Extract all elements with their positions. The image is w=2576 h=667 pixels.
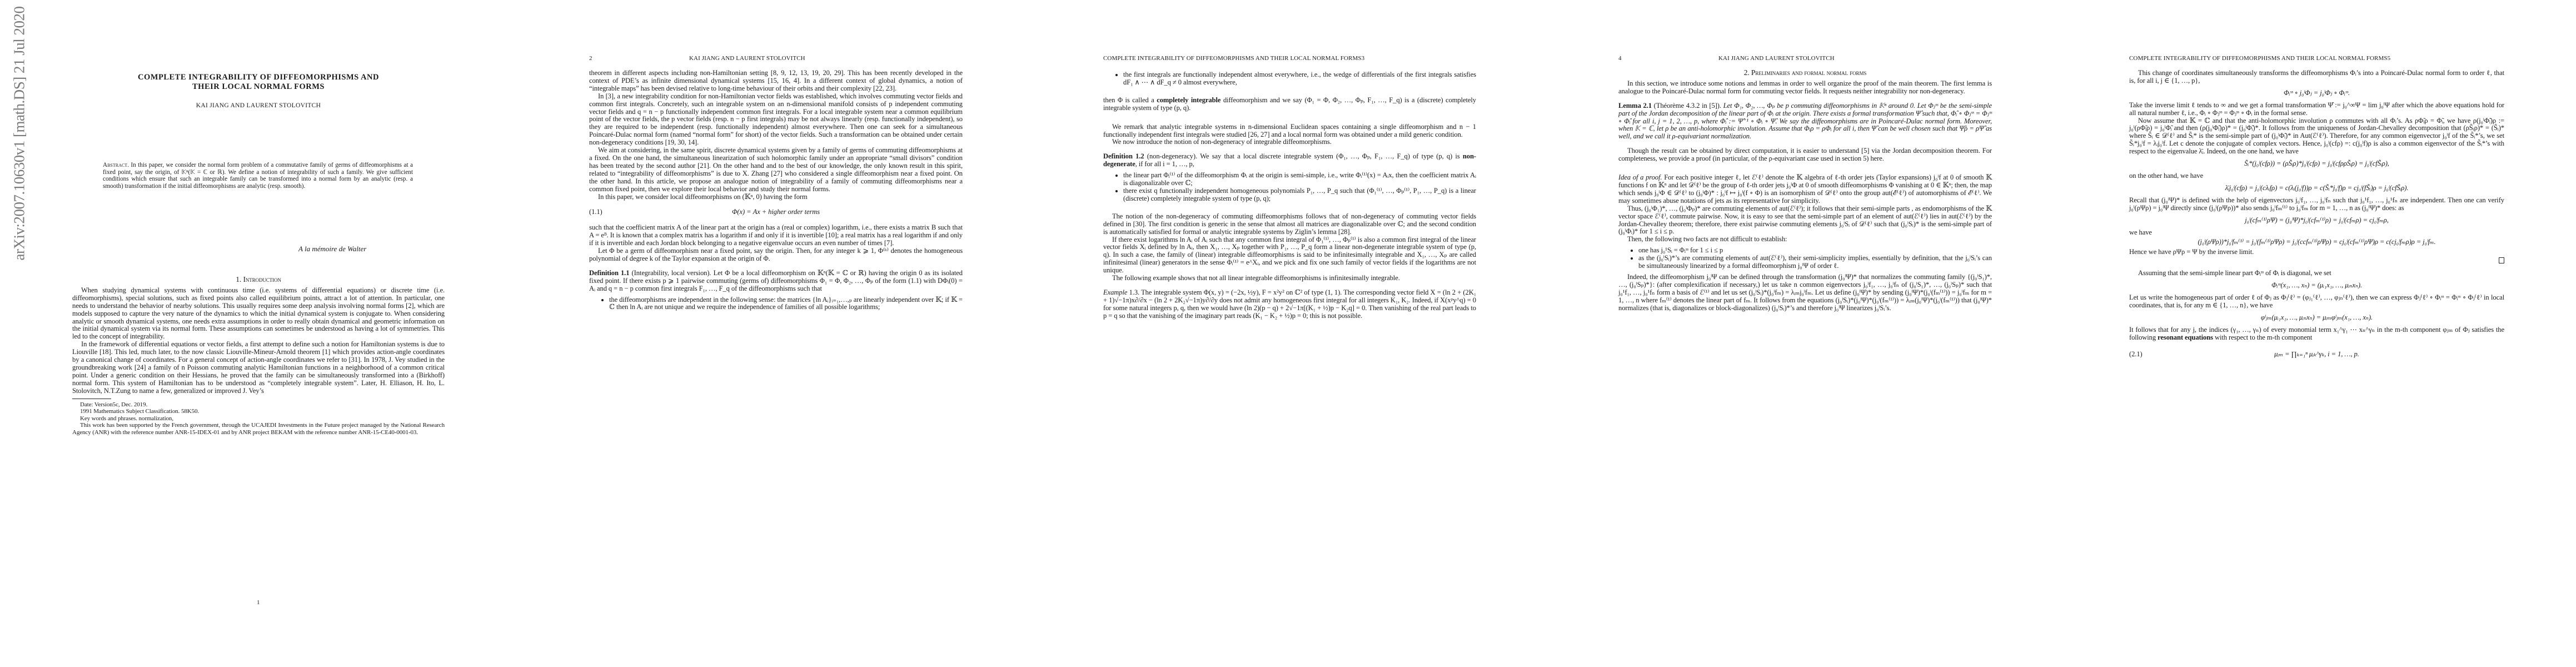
term-resonant-equations: resonant equations: [2158, 333, 2213, 341]
example-number: 1.3.: [1129, 288, 1140, 296]
paragraph: In this section, we introduce some notio…: [1618, 80, 1992, 96]
paragraph: It follows that for any j, the indices (…: [2129, 326, 2504, 342]
equation: (j₀ˡ(ρΨρ))*j₀ˡfₘ⁽¹⁾ = j₀ˡ(fₘ⁽¹⁾ρΨρ) = j₀…: [2129, 238, 2504, 246]
title-line-2: THEIR LOCAL NORMAL FORMS: [72, 82, 445, 92]
running-head: COMPLETE INTEGRABILITY OF DIFFEOMORPHISM…: [1103, 55, 1364, 62]
equation: Φᵢˢˢ(x₁, …, xₙ) = (μᵢ₁x₁, …, μᵢₙxₙ).: [2129, 282, 2504, 290]
page-2-body: theorem in different aspects including n…: [589, 69, 963, 315]
authors: KAI JIANG AND LAURENT STOLOVITCH: [72, 102, 445, 109]
footnote-msc: 1991 Mathematics Subject Classification.…: [72, 408, 445, 415]
example-text: The integrable system Φ(x, y) = (−2x, ½y…: [1103, 288, 1476, 320]
intro-paragraph-2: In the framework of differential equatio…: [72, 341, 445, 395]
footnotes: Date: Version5c, Dec. 2019. 1991 Mathema…: [72, 401, 445, 436]
abstract-label: Abstract.: [103, 162, 129, 168]
paragraph: such that the coefficient matrix A of th…: [589, 224, 963, 247]
paragraph: Indeed, the diffeomorphism j₀ˡΨ can be d…: [1618, 273, 1992, 312]
equation: S̃ᵢ*(j₀ˡ(cfρ)) = (ρS̃ᵢρ)*j₀ˡ(cfρ) = j₀ˡ(…: [2129, 160, 2504, 168]
paragraph: on the other hand, we have: [2129, 172, 2504, 180]
paper-title: COMPLETE INTEGRABILITY OF DIFFEOMORPHISM…: [72, 73, 445, 92]
paragraph: The following example shows that not all…: [1103, 275, 1476, 282]
page-3-body: the first integrals are functionally ind…: [1103, 71, 1476, 320]
paragraph: In this paper, we consider local diffeom…: [589, 193, 963, 201]
list-item: the first integrals are functionally ind…: [1123, 71, 1476, 87]
paragraph: Assuming that the semi-simple linear par…: [2129, 270, 2504, 277]
spacer: [1618, 163, 1992, 174]
paragraph: We now introduce the notion of non-degen…: [1103, 138, 1476, 146]
definition-1-2: Definition 1.2 (non-degeneracy). We say …: [1103, 153, 1476, 168]
definition-label: Definition 1.2: [1103, 152, 1144, 160]
list-item: the linear part Φᵢ⁽¹⁾ of the diffeomorph…: [1123, 172, 1476, 187]
definition-1-1: Definition 1.1 (Integrability, local ver…: [589, 270, 963, 293]
equation-body: Φ(x) = Ax + higher order terms: [732, 208, 820, 216]
page-3: COMPLETE INTEGRABILITY OF DIFFEOMORPHISM…: [1030, 0, 1546, 667]
section-heading-introduction: 1. Introduction: [72, 276, 445, 283]
lemma-label: Lemma 2.1: [1618, 102, 1652, 109]
abstract-text: In this paper, we consider the normal fo…: [103, 162, 413, 190]
equation-tag: (2.1): [2129, 351, 2142, 359]
example-1-3: Example 1.3. The integrable system Φ(x, …: [1103, 289, 1476, 320]
term-completely-integrable: completely integrable: [1157, 96, 1220, 104]
running-head: KAI JIANG AND LAURENT STOLOVITCH: [1718, 55, 1835, 62]
equation-2-1: (2.1) μᵢₘ = ∏ₖ₌₁ⁿ μᵢₖ^γₖ, i = 1, …, p.: [2129, 351, 2504, 359]
paragraph: In [3], a new integrability condition fo…: [589, 93, 963, 147]
footnote-keywords: Key words and phrases. normalization,: [72, 415, 445, 422]
text: with respect to the m-th component: [2215, 333, 2312, 341]
list-item: one has j₀¹Sᵢ = Φᵢˢˢ for 1 ≤ i ≤ p: [1638, 247, 1992, 255]
paragraph: We aim at considering, in the same spiri…: [589, 147, 963, 193]
definition-label: Definition 1.1: [589, 269, 629, 277]
text: , if for all i = 1, …, p,: [1135, 160, 1194, 168]
paragraph: Then, the following two facts are not di…: [1618, 236, 1992, 243]
text: We say that a local discrete integrable …: [1200, 152, 1459, 160]
page-1: COMPLETE INTEGRABILITY OF DIFFEOMORPHISM…: [0, 0, 515, 667]
intro-paragraph-1: When studying dynamical systems with con…: [72, 287, 445, 341]
qed-row: [2129, 256, 2504, 263]
proof-text: For each positive integer ℓ, let ℰ⁽ℓ⁾ de…: [1618, 173, 1992, 205]
paragraph: Now assume that 𝕂 = ℂ and that the anti-…: [2129, 117, 2504, 156]
running-head-title: COMPLETE INTEGRABILITY OF DIFFEOMORPHISM…: [2129, 55, 2388, 62]
paragraph: Thus, (j₀ˡΦ₁)*, …, (j₀ˡΦₚ)* are commutin…: [1618, 205, 1992, 236]
running-head: KAI JIANG AND LAURENT STOLOVITCH: [689, 55, 805, 62]
equation-tag: (1.1): [589, 208, 602, 216]
title-line-1: COMPLETE INTEGRABILITY OF DIFFEOMORPHISM…: [72, 73, 445, 82]
paragraph: Take the inverse limit ℓ tends to ∞ and …: [2129, 102, 2504, 117]
definition-bullets: the linear part Φᵢ⁽¹⁾ of the diffeomorph…: [1103, 172, 1476, 203]
paragraph: Recall that (j₀ˡΨ)* is defined with the …: [2129, 197, 2504, 212]
paragraph: This change of coordinates simultaneousl…: [2129, 69, 2504, 85]
qed-square-icon: [2499, 257, 2504, 263]
paragraph: Let Φ be a germ of diffeomorphism near a…: [589, 247, 963, 263]
page-number: 1: [257, 599, 260, 606]
equation: λ̄ᵢj₀ˡ(cfρ) = j₀ˡ(cλᵢfρ) = c(λᵢ(j₀ˡf))ρ …: [2129, 185, 2504, 192]
paragraph: We remark that analytic integrable syste…: [1103, 123, 1476, 139]
example-label: Example: [1103, 288, 1127, 296]
page-5-body: This change of coordinates simultaneousl…: [2129, 69, 2504, 367]
paragraph: If there exist logarithms ln Aᵢ of Aᵢ su…: [1103, 236, 1476, 275]
page-2: 2 KAI JIANG AND LAURENT STOLOVITCH theor…: [515, 0, 1030, 667]
facts-list: one has j₀¹Sᵢ = Φᵢˢˢ for 1 ≤ i ≤ p as th…: [1618, 247, 1992, 270]
text: then Φ is called a: [1103, 96, 1154, 104]
footnote-funding: This work has been supported by the Fren…: [72, 422, 445, 436]
equation: Φᵢˢˢ ∘ j₀ˡΦⱼ = j₀ˡΦⱼ ∘ Φᵢˢˢ.: [2129, 89, 2504, 97]
paragraph: Let us write the homogeneous part of ord…: [2129, 294, 2504, 310]
dedication: A la mémoire de Walter: [298, 245, 366, 253]
paragraph: we have: [2129, 229, 2504, 237]
definition-bullets: the diffeomorphisms are independent in t…: [589, 296, 963, 312]
proof-label: Idea of a proof.: [1618, 173, 1662, 181]
page-number: 2: [589, 55, 592, 62]
spacer: [1103, 206, 1476, 213]
list-item: there exist q functionally independent h…: [1123, 187, 1476, 203]
page-4: 4 KAI JIANG AND LAURENT STOLOVITCH 2. Pr…: [1546, 0, 2061, 667]
paragraph: Though the result can be obtained by dir…: [1618, 147, 1992, 163]
list-item: the diffeomorphisms are independent in t…: [609, 296, 963, 312]
page-number: 3: [1362, 55, 1365, 62]
proof: Idea of a proof. For each positive integ…: [1618, 174, 1992, 205]
definition-title: (Integrability, local version).: [632, 269, 711, 277]
equation: j₀ˡ(cfₘ⁽¹⁾ρΨ) = (j₀ˡΨ)*j₀ˡ(cfₘ⁽¹⁾ρ) = j₀…: [2129, 217, 2504, 225]
definition-bullets-continued: the first integrals are functionally ind…: [1103, 71, 1476, 87]
paragraph: then Φ is called a completely integrable…: [1103, 97, 1476, 112]
footnote-date: Date: Version5c, Dec. 2019.: [72, 401, 445, 409]
lemma-citation: (Théorème 4.3.2 in [5]).: [1654, 102, 1721, 109]
page-4-body: 2. Preliminaries and formal normal forms…: [1618, 69, 1992, 312]
spacer: [1103, 112, 1476, 123]
equation: φˡⱼₘ(μᵢ₁x₁, …, μᵢₙxₙ) = μᵢₘφˡⱼₘ(x₁, …, x…: [2129, 314, 2504, 322]
paragraph: Hence we have ρΨρ = Ψ by the inverse lim…: [2129, 248, 2504, 256]
page-number: 4: [1618, 55, 1622, 62]
equation-body: μᵢₘ = ∏ₖ₌₁ⁿ μᵢₖ^γₖ, i = 1, …, p.: [2274, 351, 2359, 359]
abstract: Abstract. In this paper, we consider the…: [103, 162, 413, 190]
running-head-title: COMPLETE INTEGRABILITY OF DIFFEOMORPHISM…: [1103, 55, 1362, 62]
page-number: 5: [2388, 55, 2391, 62]
paragraph: theorem in different aspects including n…: [589, 69, 963, 93]
section-heading-preliminaries: 2. Preliminaries and formal normal forms: [1618, 69, 1992, 77]
definition-title: (non-degeneracy).: [1147, 152, 1197, 160]
lemma-2-1: Lemma 2.1 (Théorème 4.3.2 in [5]). Let Φ…: [1618, 102, 1992, 141]
page-1-body: 1. Introduction When studying dynamical …: [72, 276, 445, 436]
paragraph: The notion of the non-degeneracy of comm…: [1103, 213, 1476, 236]
footnote-rule: [72, 399, 111, 399]
equation-1-1: (1.1) Φ(x) = Ax + higher order terms: [589, 208, 963, 216]
running-head: COMPLETE INTEGRABILITY OF DIFFEOMORPHISM…: [2129, 55, 2390, 62]
page-5: COMPLETE INTEGRABILITY OF DIFFEOMORPHISM…: [2061, 0, 2576, 667]
list-item: as the (j₀ˡSᵢ)*’s are commuting elements…: [1638, 255, 1992, 270]
